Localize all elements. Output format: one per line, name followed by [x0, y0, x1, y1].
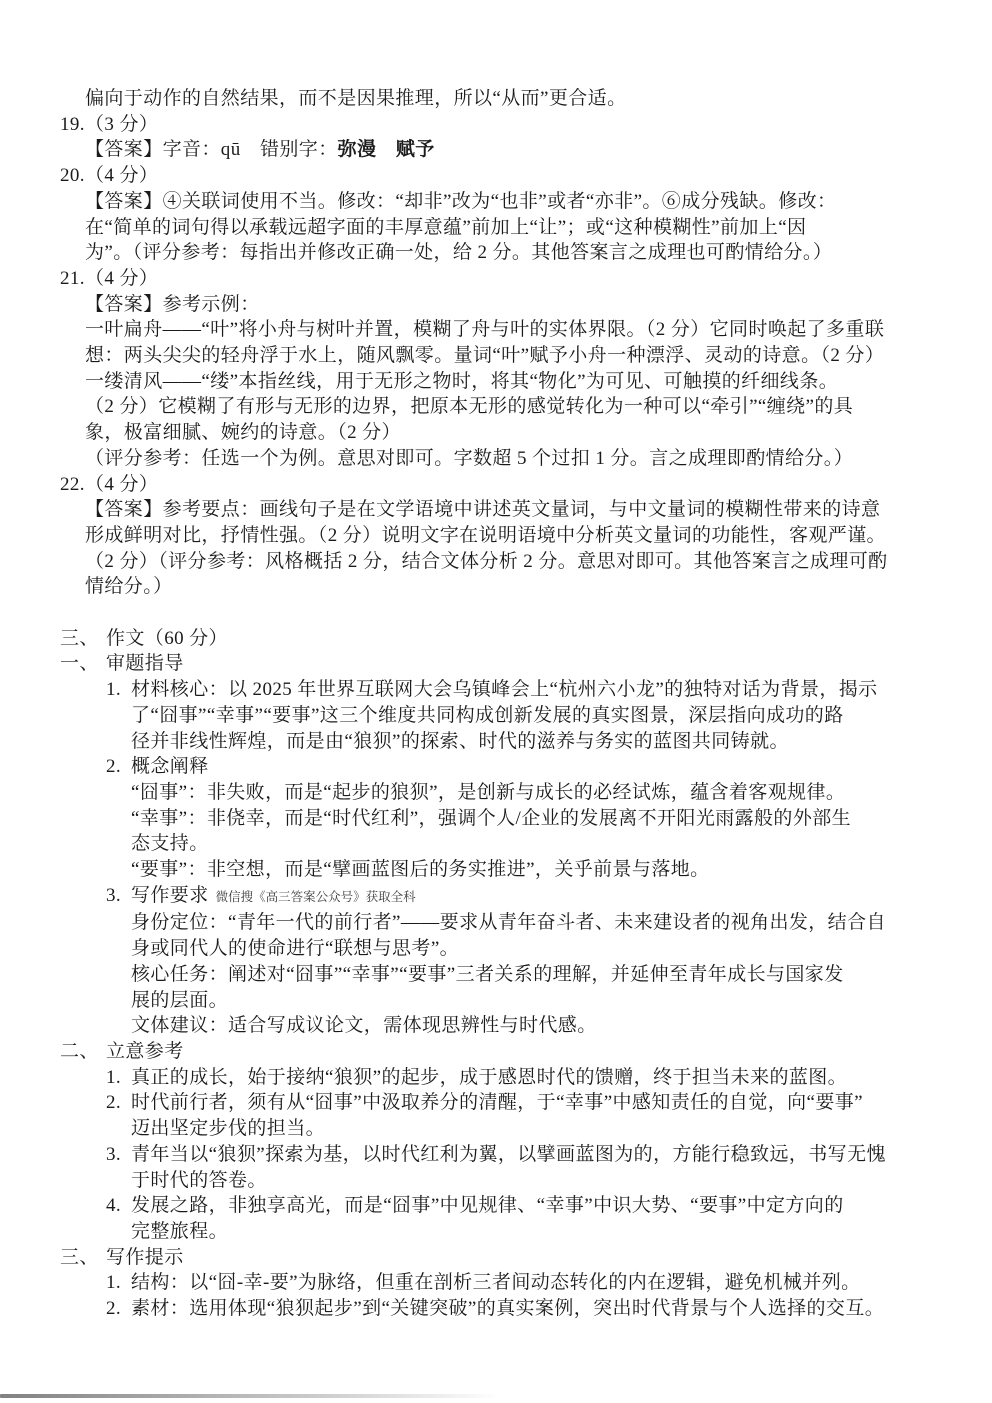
scan-edge-artifact — [0, 1394, 500, 1398]
line-text: （2 分）它模糊了有形与无形的边界，把原本无形的感觉转化为一种可以“牵引”“缠绕… — [85, 396, 853, 417]
line-text: 为”。（评分参考：每指出并修改正确一处，给 2 分。其他答案言之成理也可酌情给分… — [85, 242, 832, 263]
document-page: 偏向于动作的自然结果，而不是因果推理，所以“从而”更合适。19.（3 分）【答案… — [0, 0, 992, 1403]
text-line: （2 分）（评分参考：风格概括 2 分，结合文体分析 2 分。意思对即可。其他答… — [0, 549, 962, 575]
text-line: 3.写作要求微信搜《高三答案公众号》获取全科 — [0, 883, 962, 911]
line-text: 概念阐释 — [131, 756, 209, 777]
line-text: 写作提示 — [106, 1247, 184, 1268]
bold-answer-word: 赋予 — [396, 139, 435, 160]
bold-answer-word: 弥漫 — [338, 139, 377, 160]
document-content: 偏向于动作的自然结果，而不是因果推理，所以“从而”更合适。19.（3 分）【答案… — [0, 86, 962, 1322]
text-line: 1.材料核心：以 2025 年世界互联网大会乌镇峰会上“杭州六小龙”的独特对话为… — [0, 677, 962, 703]
text-line: 想：两头尖尖的轻舟浮于水上，随风飘零。量词“叶”赋予小舟一种漂浮、灵动的诗意。（… — [0, 343, 962, 369]
line-text: 真正的成长，始于接纳“狼狈”的起步，成于感恩时代的馈赠，终于担当未来的蓝图。 — [131, 1067, 847, 1088]
text-line: 1.真正的成长，始于接纳“狼狈”的起步，成于感恩时代的馈赠，终于担当未来的蓝图。 — [0, 1065, 962, 1091]
line-text: “囧事”：非失败，而是“起步的狼狈”，是创新与成长的必经试炼，蕴含着客观规律。 — [131, 782, 845, 803]
item-number: 20. — [60, 163, 85, 189]
line-text: 情给分。） — [85, 576, 173, 597]
line-text: 材料核心：以 2025 年世界互联网大会乌镇峰会上“杭州六小龙”的独特对话为背景… — [131, 679, 878, 700]
line-text: 【答案】字音：qū 错别字：弥漫 赋予 — [85, 139, 435, 160]
line-text: （4 分） — [85, 474, 158, 495]
line-text: 在“简单的词句得以承载远超字面的丰厚意蕴”前加上“让”；或“这种模糊性”前加上“… — [85, 217, 806, 238]
item-number: 3. — [106, 1142, 121, 1168]
line-text: 一缕清风——“缕”本指丝线，用于无形之物时，将其“物化”为可见、可触摸的纤细线条… — [85, 371, 838, 392]
line-text: 【答案】④关联词使用不当。修改：“却非”改为“也非”或者“亦非”。⑥成分残缺。修… — [85, 191, 836, 212]
text-line: 三、写作提示 — [0, 1245, 962, 1271]
text-line: 文体建议：适合写成议论文，需体现思辨性与时代感。 — [0, 1013, 962, 1039]
item-number: 2. — [106, 1296, 121, 1322]
blank-line — [0, 600, 962, 626]
text-line: 核心任务：阐述对“囧事”“幸事”“要事”三者关系的理解，并延伸至青年成长与国家发 — [0, 962, 962, 988]
text-line: （评分参考：任选一个为例。意思对即可。字数超 5 个过扣 1 分。言之成理即酌情… — [0, 446, 962, 472]
item-number: 19. — [60, 112, 85, 138]
line-text: 身份定位：“青年一代的前行者”——要求从青年奋斗者、未来建设者的视角出发，结合自 — [131, 912, 886, 933]
line-text: 写作要求 — [131, 885, 209, 906]
text-line: 三、作文（60 分） — [0, 626, 962, 652]
line-text: 了“囧事”“幸事”“要事”这三个维度共同构成创新发展的真实图景，深层指向成功的路 — [131, 705, 844, 726]
text-line: 4.发展之路，非独享高光，而是“囧事”中见规律、“幸事”中识大势、“要事”中定方… — [0, 1193, 962, 1219]
text-line: 一缕清风——“缕”本指丝线，用于无形之物时，将其“物化”为可见、可触摸的纤细线条… — [0, 369, 962, 395]
line-text: 一叶扁舟——“叶”将小舟与树叶并置，模糊了舟与叶的实体界限。（2 分）它同时唤起… — [85, 319, 884, 340]
text-line: 在“简单的词句得以承载远超字面的丰厚意蕴”前加上“让”；或“这种模糊性”前加上“… — [0, 215, 962, 241]
line-text: 立意参考 — [106, 1041, 184, 1062]
text-line: 一叶扁舟——“叶”将小舟与树叶并置，模糊了舟与叶的实体界限。（2 分）它同时唤起… — [0, 317, 962, 343]
line-text: 【答案】参考示例： — [85, 294, 260, 315]
text-line: 身份定位：“青年一代的前行者”——要求从青年奋斗者、未来建设者的视角出发，结合自 — [0, 910, 962, 936]
text-line: 身或同代人的使命进行“联想与思考”。 — [0, 936, 962, 962]
line-text: 作文（60 分） — [106, 628, 228, 649]
line-text: 偏向于动作的自然结果，而不是因果推理，所以“从而”更合适。 — [85, 88, 626, 109]
line-text: 核心任务：阐述对“囧事”“幸事”“要事”三者关系的理解，并延伸至青年成长与国家发 — [131, 964, 844, 985]
text-line: 2.概念阐释 — [0, 754, 962, 780]
item-number: 1. — [106, 677, 121, 703]
text-line: “要事”：非空想，而是“擘画蓝图后的务实推进”，关乎前景与落地。 — [0, 857, 962, 883]
line-text: 审题指导 — [106, 653, 184, 674]
line-text: 径并非线性辉煌，而是由“狼狈”的探索、时代的滋养与务实的蓝图共同铸就。 — [131, 731, 789, 752]
line-text: 想：两头尖尖的轻舟浮于水上，随风飘零。量词“叶”赋予小舟一种漂浮、灵动的诗意。（… — [85, 345, 884, 366]
line-text: 形成鲜明对比，抒情性强。（2 分）说明文字在说明语境中分析英文量词的功能性，客观… — [85, 525, 886, 546]
text-line: 【答案】字音：qū 错别字：弥漫 赋予 — [0, 137, 962, 163]
text-line: 20.（4 分） — [0, 163, 962, 189]
line-text: “幸事”：非侥幸，而是“时代红利”，强调个人/企业的发展离不开阳光雨露般的外部生 — [131, 808, 851, 829]
item-number: 4. — [106, 1193, 121, 1219]
text-line: 形成鲜明对比，抒情性强。（2 分）说明文字在说明语境中分析英文量词的功能性，客观… — [0, 523, 962, 549]
line-text: （评分参考：任选一个为例。意思对即可。字数超 5 个过扣 1 分。言之成理即酌情… — [85, 448, 853, 469]
text-line: 【答案】参考要点：画线句子是在文学语境中讲述英文量词，与中文量词的模糊性带来的诗… — [0, 497, 962, 523]
line-text: 展的层面。 — [131, 990, 228, 1011]
text-line: 为”。（评分参考：每指出并修改正确一处，给 2 分。其他答案言之成理也可酌情给分… — [0, 240, 962, 266]
item-number: 一、 — [60, 651, 99, 677]
wechat-watermark-note: 微信搜《高三答案公众号》获取全科 — [216, 890, 416, 904]
text-line: 情给分。） — [0, 574, 962, 600]
text-line: 【答案】④关联词使用不当。修改：“却非”改为“也非”或者“亦非”。⑥成分残缺。修… — [0, 189, 962, 215]
line-text: 时代前行者，须有从“囧事”中汲取养分的清醒，于“幸事”中感知责任的自觉，向“要事… — [131, 1092, 863, 1113]
item-number: 1. — [106, 1065, 121, 1091]
line-text: 于时代的答卷。 — [131, 1170, 267, 1191]
text-line: 19.（3 分） — [0, 112, 962, 138]
text-line: 1.结构：以“囧-幸-要”为脉络，但重在剖析三者间动态转化的内在逻辑，避免机械并… — [0, 1270, 962, 1296]
line-text: （2 分）（评分参考：风格概括 2 分，结合文体分析 2 分。意思对即可。其他答… — [85, 551, 888, 572]
item-number: 3. — [106, 883, 121, 909]
text-line: 展的层面。 — [0, 988, 962, 1014]
line-text: （4 分） — [85, 165, 158, 186]
item-number: 2. — [106, 754, 121, 780]
line-text: 结构：以“囧-幸-要”为脉络，但重在剖析三者间动态转化的内在逻辑，避免机械并列。 — [131, 1272, 861, 1293]
line-text: 【答案】参考要点：画线句子是在文学语境中讲述英文量词，与中文量词的模糊性带来的诗… — [85, 499, 880, 520]
line-text: “要事”：非空想，而是“擘画蓝图后的务实推进”，关乎前景与落地。 — [131, 859, 710, 880]
item-number: 2. — [106, 1090, 121, 1116]
text-line: 2.素材：选用体现“狼狈起步”到“关键突破”的真实案例，突出时代背景与个人选择的… — [0, 1296, 962, 1322]
line-text: 完整旅程。 — [131, 1221, 228, 1242]
item-number: 三、 — [60, 1245, 99, 1271]
text-line: （2 分）它模糊了有形与无形的边界，把原本无形的感觉转化为一种可以“牵引”“缠绕… — [0, 394, 962, 420]
text-line: 迈出坚定步伐的担当。 — [0, 1116, 962, 1142]
item-number: 二、 — [60, 1039, 99, 1065]
text-line: 一、审题指导 — [0, 651, 962, 677]
item-number: 三、 — [60, 626, 99, 652]
text-line: 2.时代前行者，须有从“囧事”中汲取养分的清醒，于“幸事”中感知责任的自觉，向“… — [0, 1090, 962, 1116]
text-line: 22.（4 分） — [0, 472, 962, 498]
text-line: 态支持。 — [0, 831, 962, 857]
text-line: 于时代的答卷。 — [0, 1168, 962, 1194]
line-text: 态支持。 — [131, 833, 209, 854]
line-text: 发展之路，非独享高光，而是“囧事”中见规律、“幸事”中识大势、“要事”中定方向的 — [131, 1195, 844, 1216]
text-line: 象，极富细腻、婉约的诗意。（2 分） — [0, 420, 962, 446]
line-text: 迈出坚定步伐的担当。 — [131, 1118, 325, 1139]
text-line: 偏向于动作的自然结果，而不是因果推理，所以“从而”更合适。 — [0, 86, 962, 112]
text-line: 了“囧事”“幸事”“要事”这三个维度共同构成创新发展的真实图景，深层指向成功的路 — [0, 703, 962, 729]
item-number: 22. — [60, 472, 85, 498]
line-text: 象，极富细腻、婉约的诗意。（2 分） — [85, 422, 401, 443]
line-text: 身或同代人的使命进行“联想与思考”。 — [131, 938, 459, 959]
text-line: 径并非线性辉煌，而是由“狼狈”的探索、时代的滋养与务实的蓝图共同铸就。 — [0, 729, 962, 755]
text-line: 【答案】参考示例： — [0, 292, 962, 318]
line-text: （4 分） — [85, 268, 158, 289]
item-number: 21. — [60, 266, 85, 292]
text-line: 3.青年当以“狼狈”探索为基，以时代红利为翼，以擘画蓝图为的，方能行稳致远，书写… — [0, 1142, 962, 1168]
text-line: 完整旅程。 — [0, 1219, 962, 1245]
text-line: “囧事”：非失败，而是“起步的狼狈”，是创新与成长的必经试炼，蕴含着客观规律。 — [0, 780, 962, 806]
line-text: 青年当以“狼狈”探索为基，以时代红利为翼，以擘画蓝图为的，方能行稳致远，书写无愧 — [131, 1144, 886, 1165]
line-text: （3 分） — [85, 114, 158, 135]
text-line: 21.（4 分） — [0, 266, 962, 292]
item-number: 1. — [106, 1270, 121, 1296]
text-line: 二、立意参考 — [0, 1039, 962, 1065]
text-line: “幸事”：非侥幸，而是“时代红利”，强调个人/企业的发展离不开阳光雨露般的外部生 — [0, 806, 962, 832]
line-text: 文体建议：适合写成议论文，需体现思辨性与时代感。 — [131, 1015, 597, 1036]
line-text: 素材：选用体现“狼狈起步”到“关键突破”的真实案例，突出时代背景与个人选择的交互… — [131, 1298, 884, 1319]
